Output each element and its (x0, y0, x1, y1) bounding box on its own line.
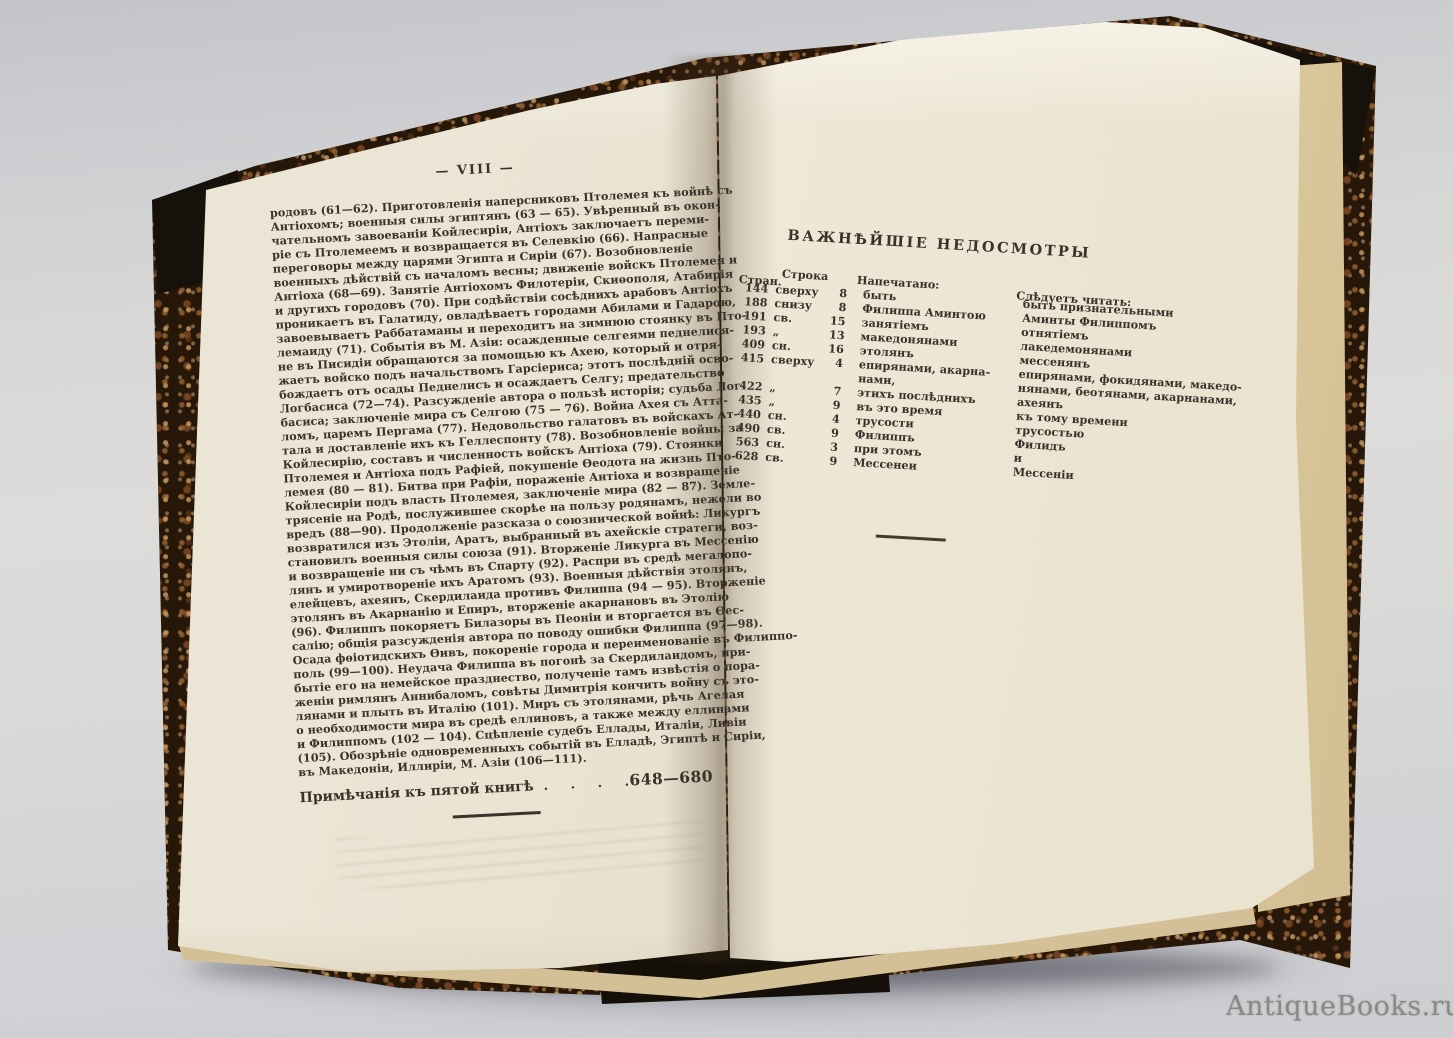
errata-position: сверху (764, 352, 822, 369)
errata-page: 628 (728, 448, 759, 464)
leader-dots: . . . . . . . . (533, 775, 630, 794)
section-rule (453, 811, 541, 818)
errata-line: 8 (824, 299, 847, 314)
errata-line: 15 (823, 313, 846, 328)
contents-text: родовъ (61—62). Приготовленія наперснико… (270, 185, 713, 779)
book-photo: — VIII — родовъ (61—62). Приготовленія н… (0, 0, 1453, 1038)
errata-position: св. (758, 449, 816, 466)
errata-page: 415 (734, 350, 765, 366)
col-header-page: Стран. (738, 272, 769, 288)
errata-line: 13 (822, 327, 845, 342)
errata-line: 9 (818, 397, 841, 412)
notes-label: Примѣчанія къ пятой книгѣ (299, 779, 534, 805)
errata-line: 8 (825, 285, 848, 300)
errata-line: 4 (821, 355, 844, 370)
errata-line: 7 (819, 383, 842, 398)
errata-line: 9 (817, 425, 840, 440)
right-page-content: ВАЖНѢЙШІЕ НЕДОСМОТРЫ Стран. Строка Напеч… (724, 226, 1193, 555)
notes-page-range: 648—680 (629, 769, 713, 787)
errata-line: 16 (821, 341, 844, 356)
antiquebooks-watermark: AntiqueBooks.ru (1226, 991, 1453, 1022)
errata-line: 4 (817, 411, 840, 426)
errata-line: 3 (816, 439, 839, 454)
errata-line: 9 (815, 453, 838, 468)
left-page-content: — VIII — родовъ (61—62). Приготовленія н… (268, 153, 718, 892)
